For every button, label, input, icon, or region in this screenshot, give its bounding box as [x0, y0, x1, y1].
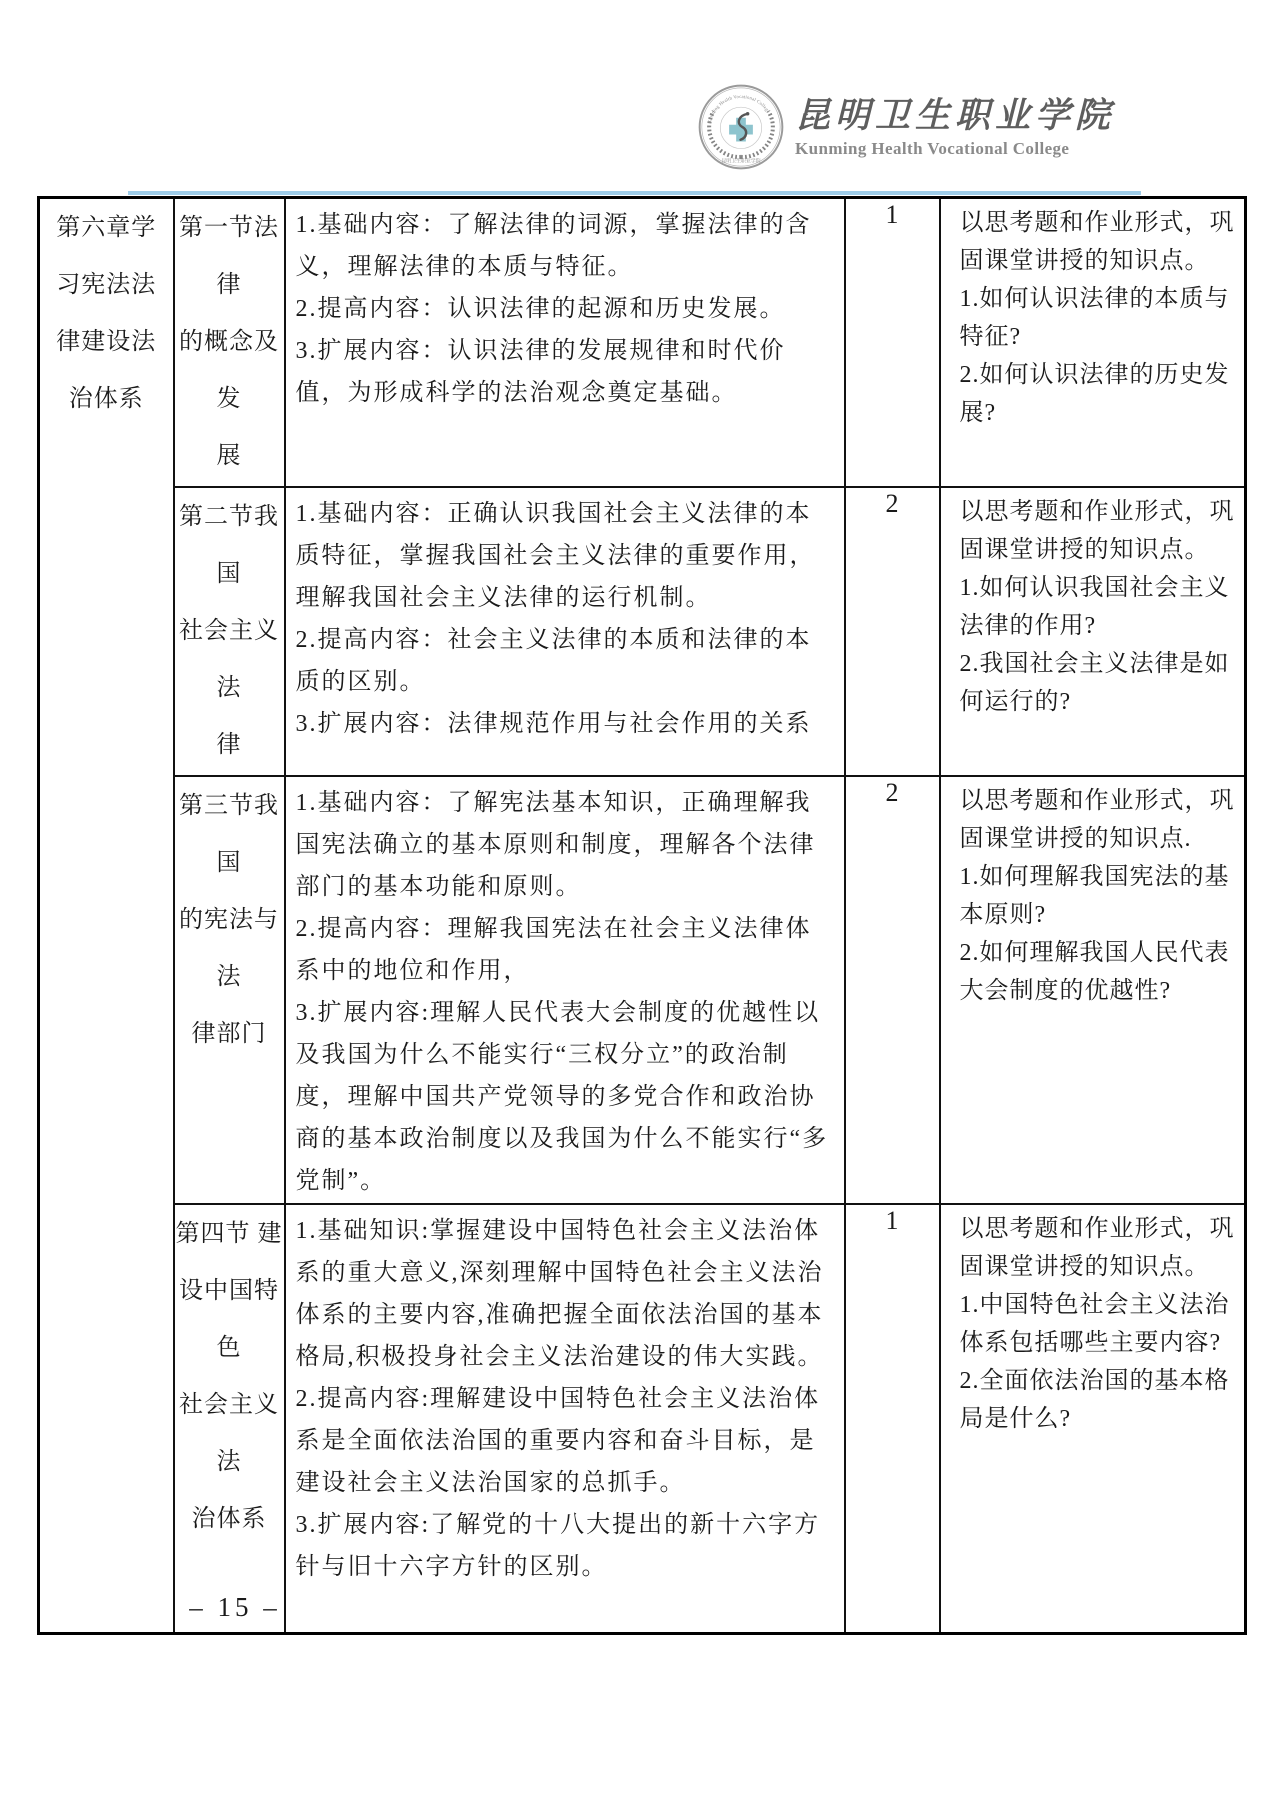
college-name-cn: 昆明卫生职业学院 [795, 96, 1115, 136]
section-cell: 第二节我国 社会主义法 律 [174, 487, 285, 776]
homework-cell: 以思考题和作业形式，巩固课堂讲授的知识点. 1.如何理解我国宪法的基本原则? 2… [940, 776, 1246, 1204]
syllabus-table: 第六章学 习宪法法 律建设法 治体系 第一节法律 的概念及发 展 1.基础内容：… [37, 196, 1247, 1635]
college-header: Kunming Health Vocational College 昆明卫生职业… [697, 82, 1115, 172]
section-cell: 第四节 建 设中国特色 社会主义法 治体系 [174, 1204, 285, 1633]
content-cell: 1.基础内容：正确认识我国社会主义法律的本质特征，掌握我国社会主义法律的重要作用… [285, 487, 845, 776]
document-page: Kunming Health Vocational College 昆明卫生职业… [0, 0, 1274, 1801]
table-row: 第四节 建 设中国特色 社会主义法 治体系 1.基础知识:掌握建设中国特色社会主… [39, 1204, 1246, 1633]
hours-cell: 2 [845, 487, 940, 776]
table-row: 第二节我国 社会主义法 律 1.基础内容：正确认识我国社会主义法律的本质特征，掌… [39, 487, 1246, 776]
college-titles: 昆明卫生职业学院 Kunming Health Vocational Colle… [795, 96, 1115, 159]
hours-cell: 1 [845, 198, 940, 488]
table-row: 第六章学 习宪法法 律建设法 治体系 第一节法律 的概念及发 展 1.基础内容：… [39, 198, 1246, 488]
section-cell: 第一节法律 的概念及发 展 [174, 198, 285, 488]
hours-cell: 1 [845, 1204, 940, 1633]
chapter-cell: 第六章学 习宪法法 律建设法 治体系 [39, 198, 174, 1634]
table-row: 第三节我国 的宪法与法 律部门 1.基础内容：了解宪法基本知识，正确理解我国宪法… [39, 776, 1246, 1204]
page-number: – 15 – [160, 1592, 310, 1623]
content-cell: 1.基础知识:掌握建设中国特色社会主义法治体系的重大意义,深刻理解中国特色社会主… [285, 1204, 845, 1633]
header-divider [128, 191, 1141, 195]
homework-cell: 以思考题和作业形式，巩固课堂讲授的知识点。 1.如何认识我国社会主义法律的作用?… [940, 487, 1246, 776]
homework-cell: 以思考题和作业形式，巩固课堂讲授的知识点。 1.中国特色社会主义法治体系包括哪些… [940, 1204, 1246, 1633]
college-name-en: Kunming Health Vocational College [795, 139, 1115, 159]
section-cell: 第三节我国 的宪法与法 律部门 [174, 776, 285, 1204]
homework-cell: 以思考题和作业形式，巩固课堂讲授的知识点。 1.如何认识法律的本质与特征? 2.… [940, 198, 1246, 488]
content-cell: 1.基础内容：了解宪法基本知识，正确理解我国宪法确立的基本原则和制度，理解各个法… [285, 776, 845, 1204]
hours-cell: 2 [845, 776, 940, 1204]
college-seal-icon: Kunming Health Vocational College 昆明卫生职业… [697, 83, 785, 171]
content-cell: 1.基础内容：了解法律的词源，掌握法律的含义，理解法律的本质与特征。 2.提高内… [285, 198, 845, 488]
